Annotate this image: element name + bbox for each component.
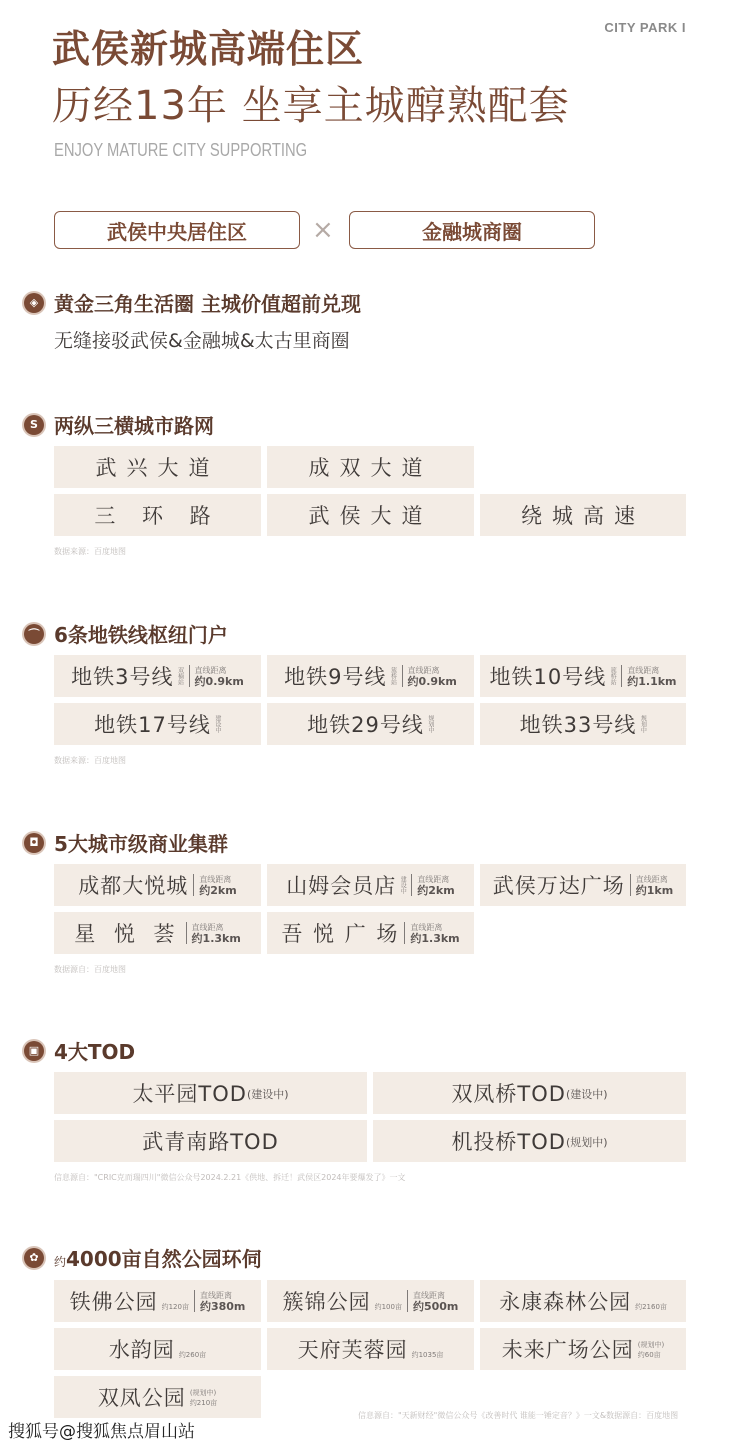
- leaf-icon: ✿: [24, 1248, 44, 1268]
- section-roads: S 两纵三横城市路网: [24, 410, 214, 439]
- section-title: 两纵三横城市路网: [54, 410, 214, 439]
- section-tod: ▣ 4大TOD: [24, 1036, 135, 1065]
- watermark: 搜狐号@搜狐焦点眉山站: [8, 1417, 195, 1442]
- metro-source: 数据来源：百度地图: [54, 755, 126, 766]
- section-golden-triangle: ◈ 黄金三角生活圈 主城价值超前兑现: [24, 288, 361, 317]
- tod-item: 武青南路TOD: [54, 1120, 367, 1162]
- commerce-item: 星 悦 荟 直线距离约1.3km: [54, 912, 261, 954]
- commerce-item: 武侯万达广场 直线距离约1km: [480, 864, 686, 906]
- section-parks: ✿ 约4000亩自然公园环伺: [24, 1243, 262, 1272]
- golden-triangle-subtitle: 无缝接驳武侯&金融城&太古里商圈: [54, 326, 350, 353]
- divider: [402, 665, 403, 687]
- metro-item: 地铁3号线 双楠站 直线距离约0.9km: [54, 655, 261, 697]
- english-subtitle: ENJOY MATURE CITY SUPPORTING: [54, 140, 307, 161]
- roads-source: 数据来源：百度地图: [54, 546, 126, 557]
- metro-item: 地铁9号线 簇桥站 直线距离约0.9km: [267, 655, 474, 697]
- section-title: 黄金三角生活圈 主城价值超前兑现: [54, 288, 361, 317]
- metro-arc-icon: ⌒: [24, 624, 44, 644]
- metro-item: 地铁17号线 建设中: [54, 703, 261, 745]
- page-title: 武侯新城高端住区: [52, 18, 364, 73]
- divider: [411, 874, 412, 896]
- times-icon: ×: [312, 215, 334, 245]
- park-item: 簇锦公园 约100亩 直线距离约500m: [267, 1280, 474, 1322]
- park-item: 铁佛公园 约120亩 直线距离约380m: [54, 1280, 261, 1322]
- metro-item: 地铁29号线 规划中: [267, 703, 474, 745]
- park-item: 天府芙蓉园 约1035亩: [267, 1328, 474, 1370]
- divider: [186, 922, 187, 944]
- divider: [194, 1290, 195, 1312]
- park-item: 双凤公园 (规划中)约210亩: [54, 1376, 261, 1418]
- section-title: 4大TOD: [54, 1036, 135, 1065]
- park-item: 水韵园 约260亩: [54, 1328, 261, 1370]
- tod-item: 机投桥TOD (规划中): [373, 1120, 686, 1162]
- divider: [404, 922, 405, 944]
- commerce-item: 成都大悦城 直线距离约2km: [54, 864, 261, 906]
- commerce-item: 吾 悦 广 场 直线距离约1.3km: [267, 912, 474, 954]
- tod-item: 太平园TOD (建设中): [54, 1072, 367, 1114]
- divider: [193, 874, 194, 896]
- road-item: 成双大道: [267, 446, 474, 488]
- shopping-bag-icon: ◘: [24, 833, 44, 853]
- brand-logo: CITY PARK I: [604, 20, 686, 35]
- metro-item: 地铁33号线 规划中: [480, 703, 686, 745]
- parks-source: 信息源自："天新财经"微信公众号《改善时代 谁能一锤定音？》一文&数据源自：百度…: [358, 1410, 678, 1421]
- road-item: 绕城高速: [480, 494, 686, 536]
- bus-icon: ▣: [24, 1041, 44, 1061]
- road-item: 武兴大道: [54, 446, 261, 488]
- section-title: 6条地铁线枢纽门户: [54, 619, 228, 648]
- section-title: 5大城市级商业集群: [54, 828, 228, 857]
- tag-central-residential: 武侯中央居住区: [54, 211, 300, 249]
- park-item: 未来广场公园 (规划中)约60亩: [480, 1328, 686, 1370]
- section-commerce: ◘ 5大城市级商业集群: [24, 828, 228, 857]
- tod-item: 双凤桥TOD (建设中): [373, 1072, 686, 1114]
- parks-grid: 铁佛公园 约120亩 直线距离约380m 簇锦公园 约100亩 直线距离约500…: [54, 1280, 686, 1418]
- tod-grid: 太平园TOD (建设中) 双凤桥TOD (建设中) 武青南路TOD 机投桥TOD…: [54, 1072, 686, 1164]
- metro-item: 地铁10号线 簇桥站 直线距离约1.1km: [480, 655, 686, 697]
- tag-financial-city: 金融城商圈: [349, 211, 595, 249]
- road-item: 三 环 路: [54, 494, 261, 536]
- divider: [630, 874, 631, 896]
- park-item: 永康森林公园 约2160亩: [480, 1280, 686, 1322]
- tod-source: 信息源自："CRIC克而瑞四川"微信公众号2024.2.21《供地、拆迁！武侯区…: [54, 1172, 406, 1183]
- commerce-source: 数据源自：百度地图: [54, 964, 126, 975]
- commerce-grid: 成都大悦城 直线距离约2km 山姆会员店 建设中 直线距离约2km 武侯万达广场…: [54, 864, 686, 956]
- road-s-icon: S: [24, 415, 44, 435]
- divider: [189, 665, 190, 687]
- divider: [621, 665, 622, 687]
- diamond-circle-icon: ◈: [24, 293, 44, 313]
- roads-grid: 武兴大道 成双大道 三 环 路 武侯大道 绕城高速: [54, 446, 686, 538]
- road-item: 武侯大道: [267, 494, 474, 536]
- section-metro: ⌒ 6条地铁线枢纽门户: [24, 619, 228, 648]
- page-subtitle: 历经13年 坐享主城醇熟配套: [52, 74, 570, 131]
- metro-grid: 地铁3号线 双楠站 直线距离约0.9km 地铁9号线 簇桥站 直线距离约0.9k…: [54, 655, 686, 747]
- section-title: 约4000亩自然公园环伺: [54, 1243, 262, 1272]
- commerce-item: 山姆会员店 建设中 直线距离约2km: [267, 864, 474, 906]
- divider: [407, 1290, 408, 1312]
